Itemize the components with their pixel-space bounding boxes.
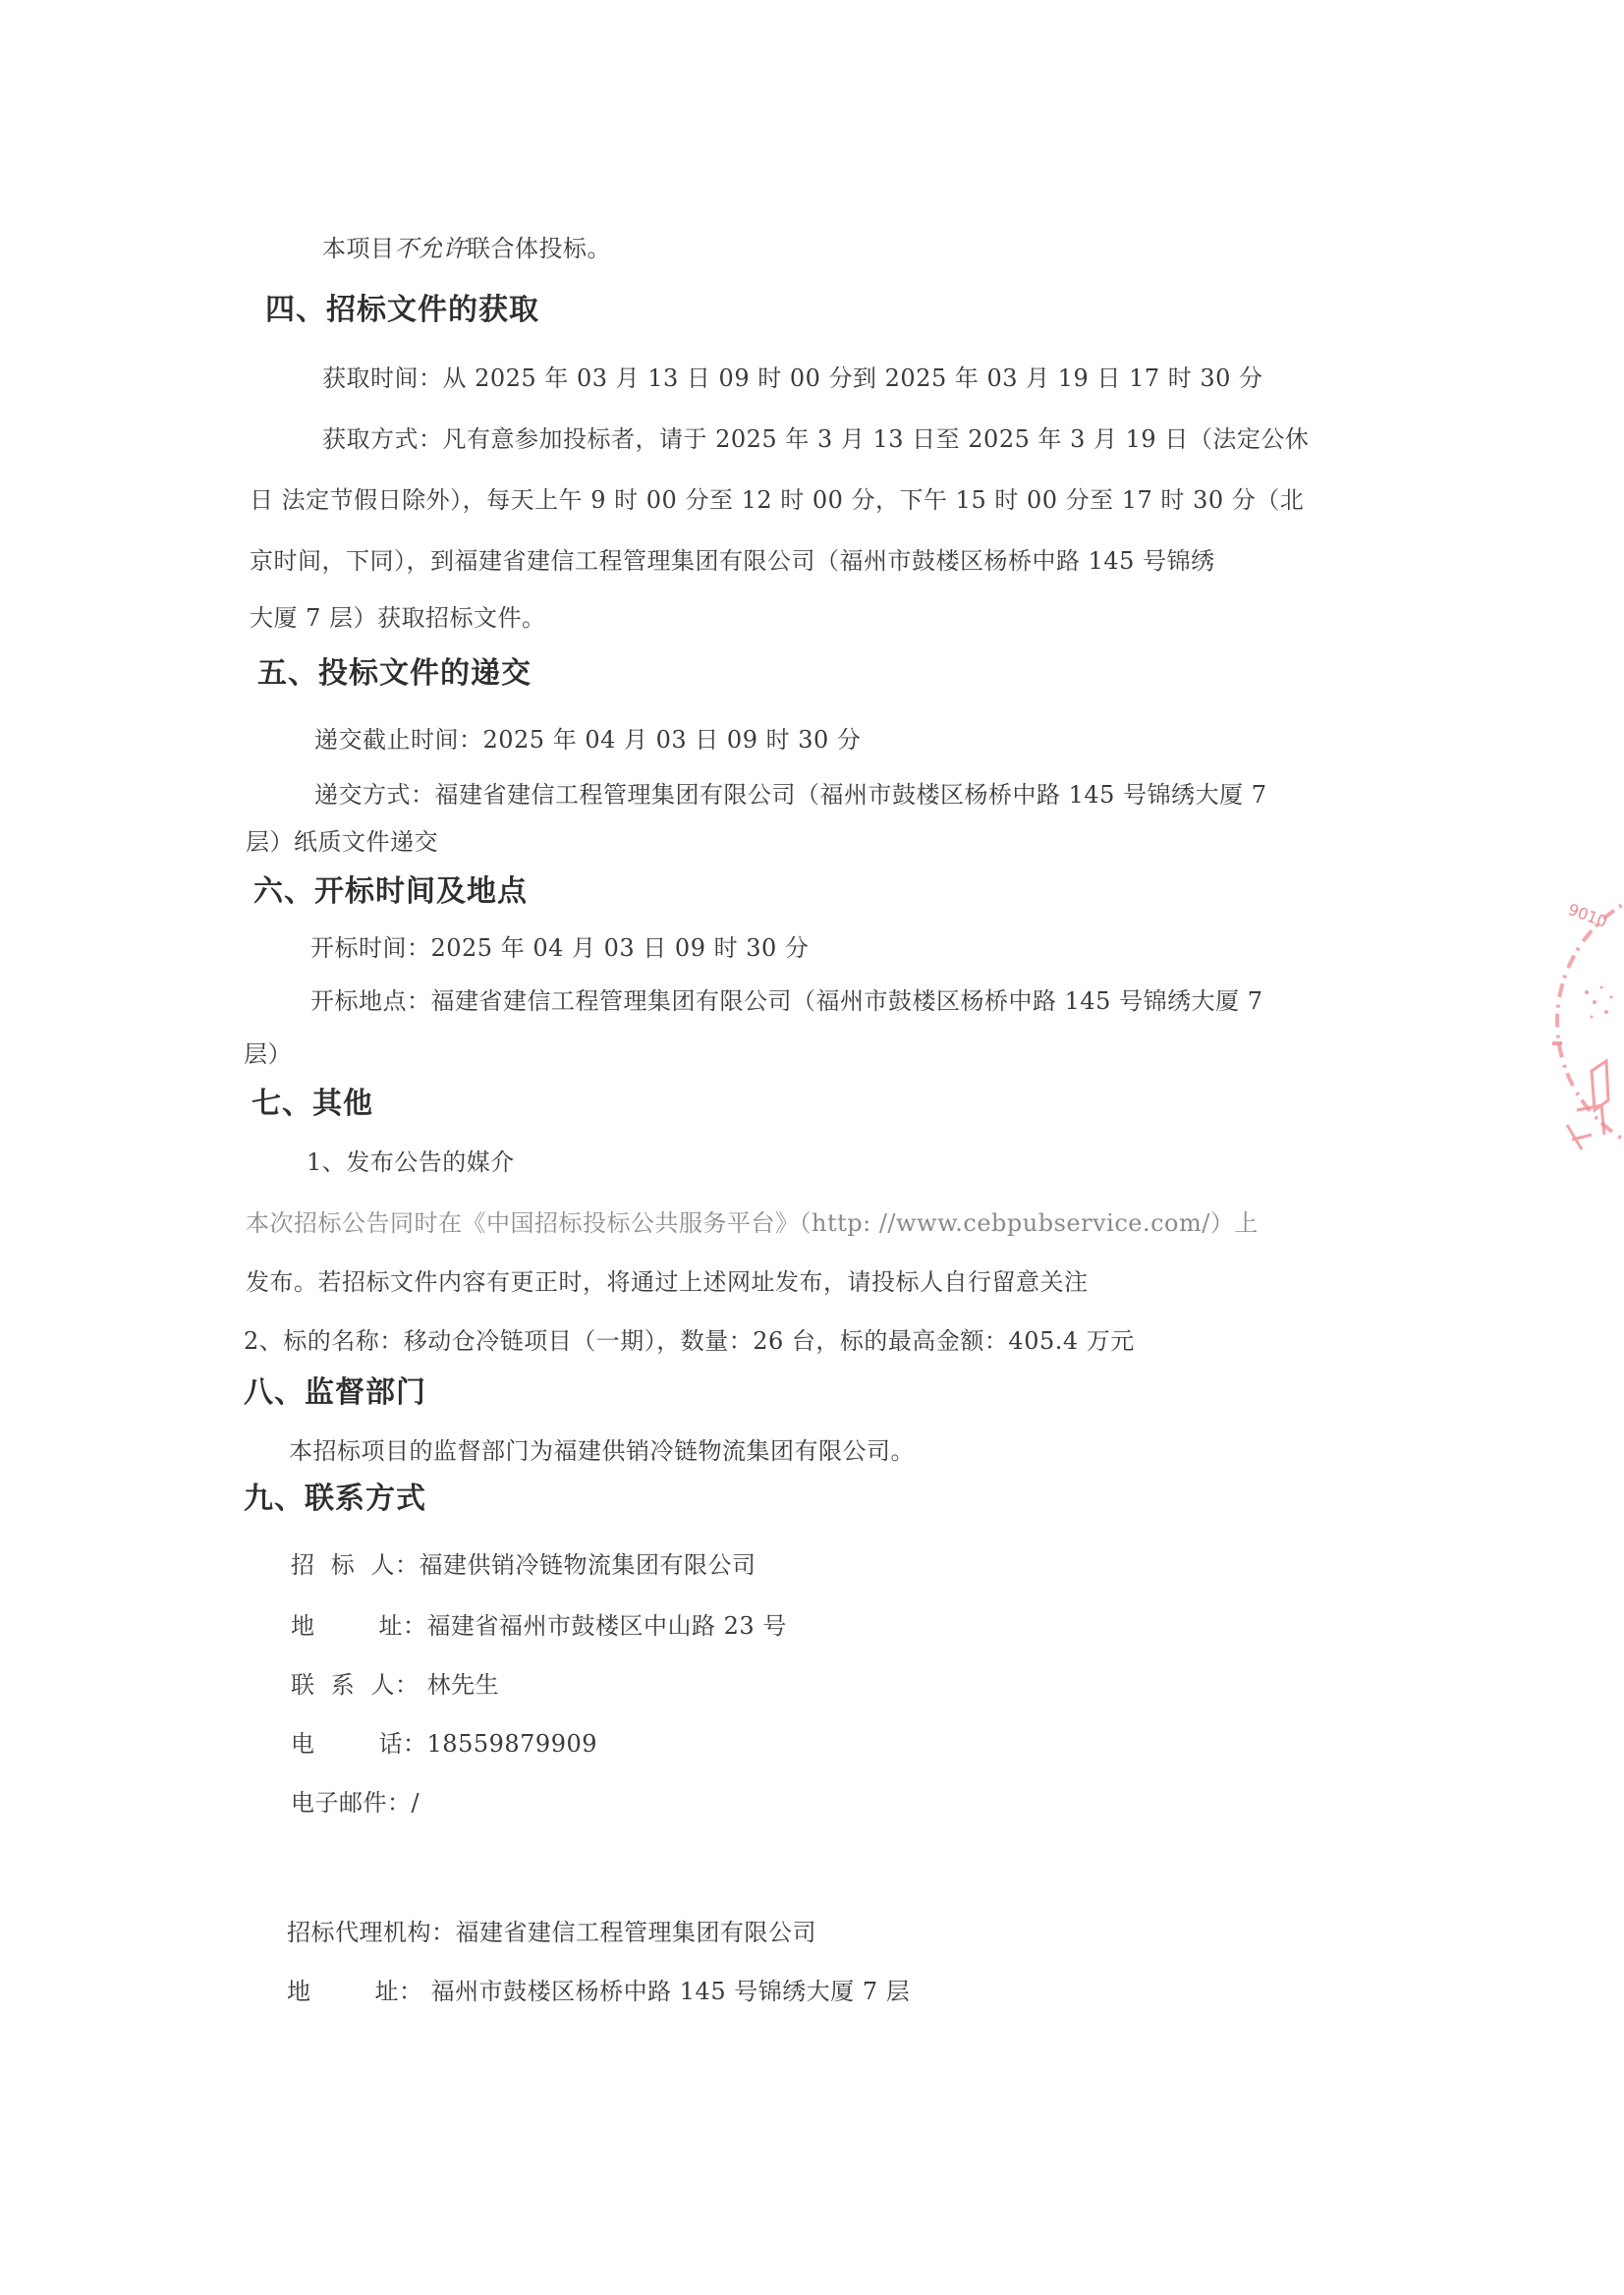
contact-label: 联 系 人： [291,1670,420,1700]
section-4-title: 四、招标文件的获取 [265,293,539,328]
phone-value: 18559879909 [427,1730,597,1758]
contact-address: 地 址：福建省福州市鼓楼区中山路 23 号 [291,1611,787,1641]
section-8-title: 八、监督部门 [244,1375,426,1411]
s7-item1-line-2: 发布。若招标文件内容有更正时，将通过上述网址发布，请投标人自行留意关注 [246,1267,1089,1297]
intro-suffix: 联合体投标。 [467,235,611,262]
s7-item1-line-1: 本次招标公告同时在《中国招标投标公共服务平台》（http: //www.cebp… [246,1208,1259,1238]
section-5-title: 五、投标文件的递交 [257,656,532,692]
contact-tenderer: 招 标 人：福建供销冷链物流集团有限公司 [291,1550,756,1580]
intro-prefix: 本项目 [322,235,395,262]
agency-value: 福建省建信工程管理集团有限公司 [456,1919,817,1946]
contact-phone: 电 话：18559879909 [291,1729,597,1759]
phone-label: 电 话： [291,1729,427,1759]
seal-stamp-icon: 9010 [1547,865,1624,1179]
s8-body: 本招标项目的监督部门为福建供销冷链物流集团有限公司。 [289,1436,915,1466]
email-value: / [412,1789,420,1817]
s7-item1-title: 1、发布公告的媒介 [307,1147,515,1177]
agency-address-label: 地 址： [287,1977,423,2006]
address-value: 福建省福州市鼓楼区中山路 23 号 [427,1612,787,1640]
s6-time: 开标时间：2025 年 04 月 03 日 09 时 30 分 [310,933,809,963]
s6-place-line-2: 层） [244,1039,292,1069]
contact-person: 联 系 人： 林先生 [291,1670,499,1700]
section-9-title: 九、联系方式 [244,1482,426,1517]
s4-method-line-4: 大厦 7 层）获取招标文件。 [250,603,546,633]
contact-email: 电子邮件：/ [291,1788,420,1818]
intro-emphasis: 不允许 [395,235,468,262]
section-7-title: 七、其他 [252,1087,373,1122]
s4-method-line-3: 京时间，下同），到福建省建信工程管理集团有限公司（福州市鼓楼区杨桥中路 145 … [250,546,1215,576]
svg-text:9010: 9010 [1566,900,1610,931]
agency-label: 招标代理机构： [287,1918,456,1947]
s4-method-line-2: 日 法定节假日除外），每天上午 9 时 00 分至 12 时 00 分，下午 1… [250,485,1304,515]
agency: 招标代理机构：福建省建信工程管理集团有限公司 [287,1918,816,1947]
agency-address-value: 福州市鼓楼区杨桥中路 145 号锦绣大厦 7 层 [423,1978,911,2005]
tenderer-label: 招 标 人： [291,1550,420,1580]
s5-deadline: 递交截止时间：2025 年 04 月 03 日 09 时 30 分 [314,725,861,755]
contact-value: 林先生 [420,1671,500,1699]
intro-line: 本项目不允许联合体投标。 [322,234,611,263]
email-label: 电子邮件： [291,1788,412,1818]
s4-time-line: 获取时间：从 2025 年 03 月 13 日 09 时 00 分到 2025 … [322,364,1263,393]
s7-item2: 2、标的名称：移动仓冷链项目（一期），数量：26 台，标的最高金额：405.4 … [244,1326,1135,1356]
s6-place-line-1: 开标地点：福建省建信工程管理集团有限公司（福州市鼓楼区杨桥中路 145 号锦绣大… [310,986,1262,1016]
address-label: 地 址： [291,1611,427,1641]
section-6-title: 六、开标时间及地点 [253,874,528,910]
agency-address: 地 址： 福州市鼓楼区杨桥中路 145 号锦绣大厦 7 层 [287,1977,910,2006]
s5-method-line-2: 层）纸质文件递交 [246,827,438,857]
tenderer-value: 福建供销冷链物流集团有限公司 [420,1551,756,1579]
s5-method-line-1: 递交方式：福建省建信工程管理集团有限公司（福州市鼓楼区杨桥中路 145 号锦绣大… [314,780,1266,810]
s4-method-line-1: 获取方式：凡有意参加投标者，请于 2025 年 3 月 13 日至 2025 年… [322,424,1309,454]
